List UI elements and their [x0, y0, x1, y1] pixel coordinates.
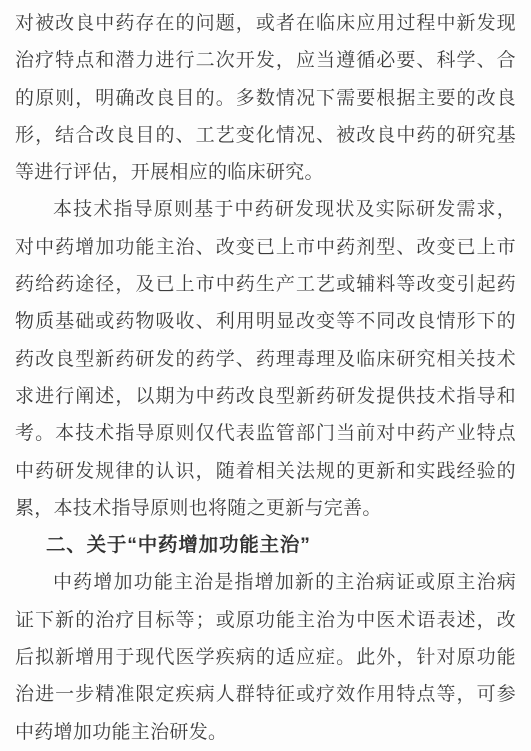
- paragraph-line: 治疗特点和潜力进行二次开发，应当遵循必要、科学、合理: [15, 42, 516, 79]
- paragraph-line: 药改良型新药研发的药学、药理毒理及临床研究相关技术要: [15, 341, 516, 378]
- paragraph-line: 求进行阐述，以期为中药改良型新药研发提供技术指导和参: [15, 378, 516, 415]
- paragraph-line: 治进一步精准限定疾病人群特征或疗效作用特点等，可参照: [15, 676, 516, 713]
- paragraph-line: 对被改良中药存在的问题，或者在临床应用过程中新发现的: [15, 5, 516, 42]
- paragraph-line: 累，本技术指导原则也将随之更新与完善。: [15, 490, 516, 527]
- paragraph-line: 中药增加功能主治研发。: [15, 714, 516, 751]
- paragraph-line: 的原则，明确改良目的。多数情况下需要根据主要的改良情: [15, 80, 516, 117]
- paragraph-line: 中药研发规律的认识，随着相关法规的更新和实践经验的积: [15, 453, 516, 490]
- paragraph-line: 物质基础或药物吸收、利用明显改变等不同改良情形下的中: [15, 303, 516, 340]
- paragraph-line: 中药增加功能主治是指增加新的主治病证或原主治病: [15, 564, 516, 601]
- paragraph-line: 等进行评估，开展相应的临床研究。: [15, 154, 516, 191]
- paragraph-line: 考。本技术指导原则仅代表监管部门当前对中药产业特点和: [15, 415, 516, 452]
- paragraph-line: 证下新的治疗目标等；或原功能主治为中医术语表述，改良: [15, 602, 516, 639]
- paragraph-line: 后拟新增用于现代医学疾病的适应症。此外，针对原功能主: [15, 639, 516, 676]
- section-heading: 二、关于“中药增加功能主治”: [15, 527, 516, 564]
- document-page: 对被改良中药存在的问题，或者在临床应用过程中新发现的 治疗特点和潜力进行二次开发…: [0, 0, 531, 751]
- paragraph-line: 对中药增加功能主治、改变已上市中药剂型、改变已上市中: [15, 229, 516, 266]
- paragraph-line: 本技术指导原则基于中药研发现状及实际研发需求，针: [15, 191, 516, 228]
- paragraph-line: 形，结合改良目的、工艺变化情况、被改良中药的研究基础: [15, 117, 516, 154]
- paragraph-line: 药给药途径，及已上市中药生产工艺或辅料等改变引起药用: [15, 266, 516, 303]
